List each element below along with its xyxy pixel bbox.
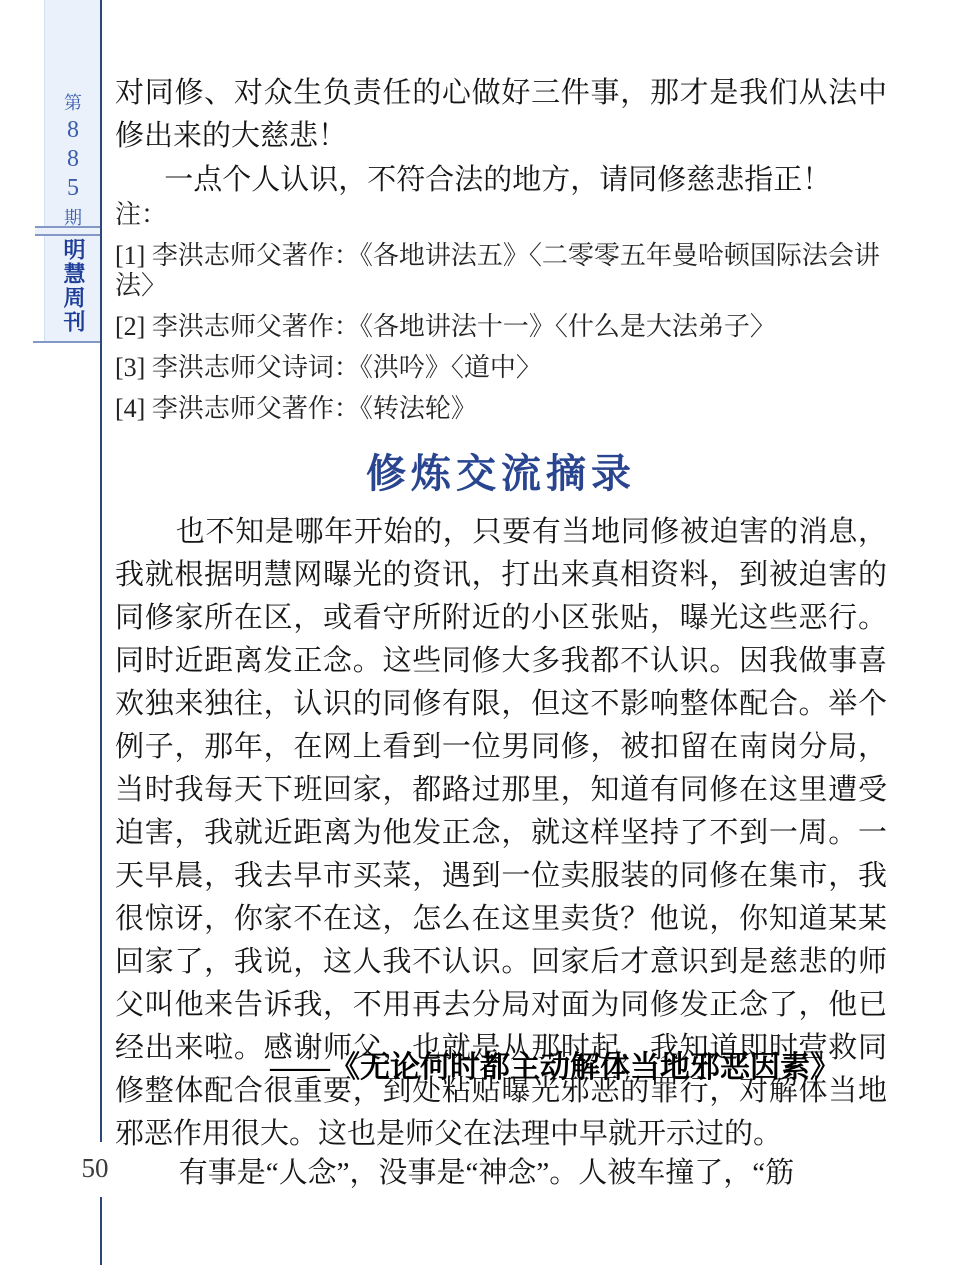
publication-name-wrap: 明慧周刊 [44,238,102,334]
issue-number: 885 [61,117,85,204]
page-number: 50 [79,1153,111,1184]
sidebar-double-rule [35,226,102,236]
notes-label: 注： [115,200,905,230]
note-item: [4] 李洪志师父著作：《转法轮》 [115,394,905,424]
section-heading: 修炼交流摘录 [115,442,887,499]
intro-closing-paragraph: 一点个人认识，不符合法的地方，请同修慈悲指正！ [115,159,887,202]
note-item: [2] 李洪志师父著作：《各地讲法十一》〈什么是大法弟子〉 [115,312,905,342]
vertical-rule-top [100,0,102,1142]
intro-paragraph: 对同修、对众生负责任的心做好三件事，那才是我们从法中修出来的大慈悲！ [115,72,887,158]
next-excerpt-paragraph: 有事是“人念”，没事是“神念”。人被车撞了，“筋 [115,1152,915,1195]
sidebar-bottom-rule [33,341,102,343]
magazine-page: 第 885 期 明慧周刊 对同修、对众生负责任的心做好三件事，那才是我们从法中修… [0,0,978,1265]
note-item: [1] 李洪志师父著作：《各地讲法五》〈二零零五年曼哈顿国际法会讲法〉 [115,241,905,301]
vertical-rule-bottom [100,1197,102,1265]
notes-section: 注： [1] 李洪志师父著作：《各地讲法五》〈二零零五年曼哈顿国际法会讲法〉 [… [115,200,905,435]
publication-name: 明慧周刊 [62,238,84,334]
issue-label: 第 885 期 [44,92,102,229]
note-item: [3] 李洪志师父诗词：《洪吟》〈道中〉 [115,353,905,383]
issue-prefix: 第 [64,92,82,114]
article-citation: ——《无论何时都主动解体当地邪恶因素》 [115,1048,905,1088]
